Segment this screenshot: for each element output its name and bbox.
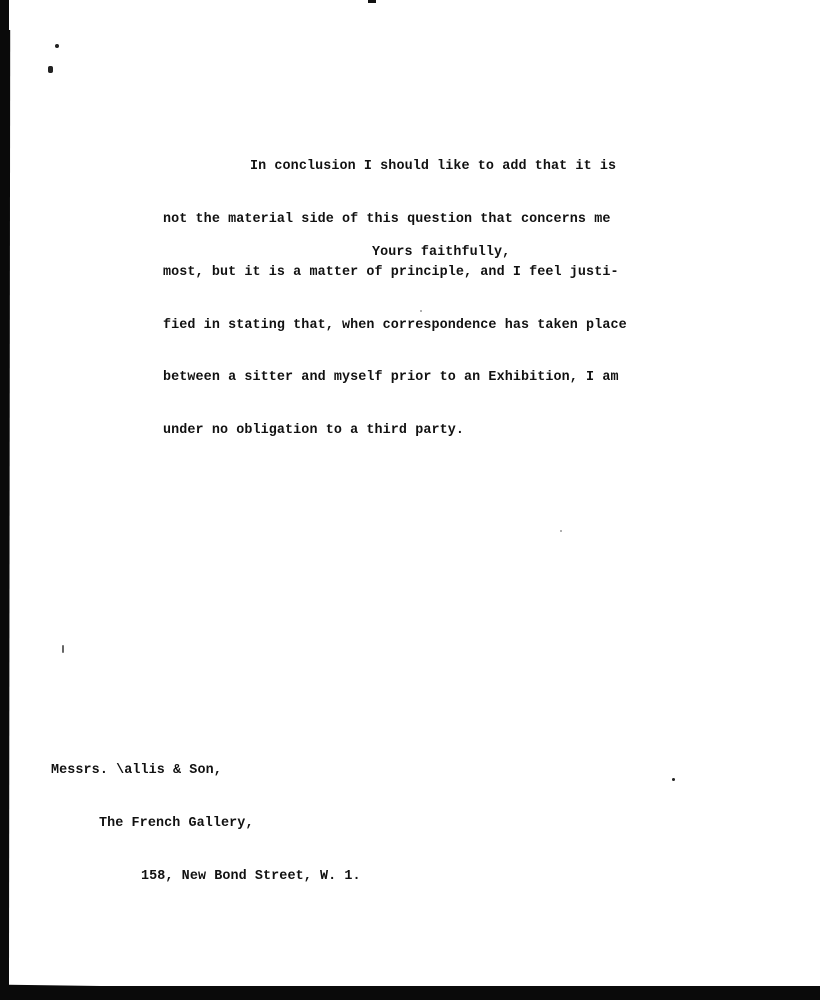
ink-speck xyxy=(62,645,64,653)
letter-body-line: In conclusion I should like to add that … xyxy=(163,158,627,176)
letter-body-paragraph: In conclusion I should like to add that … xyxy=(163,123,627,457)
letter-body-line: not the material side of this question t… xyxy=(163,211,627,229)
scan-top-mark xyxy=(368,0,376,3)
recipient-organization: The French Gallery, xyxy=(51,815,361,833)
scan-left-edge xyxy=(0,0,9,1000)
scan-left-edge-shadow xyxy=(9,30,12,970)
letter-closing: Yours faithfully, xyxy=(372,244,510,262)
ink-speck xyxy=(55,44,59,48)
letter-body-line: under no obligation to a third party. xyxy=(163,422,627,440)
ink-speck xyxy=(48,66,53,73)
letter-body-line: most, but it is a matter of principle, a… xyxy=(163,264,627,282)
letter-body-line: between a sitter and myself prior to an … xyxy=(163,369,627,387)
letter-body-line: fied in stating that, when correspondenc… xyxy=(163,317,627,335)
recipient-street-address: 158, New Bond Street, W. 1. xyxy=(51,868,361,886)
ink-speck xyxy=(672,778,675,781)
recipient-name: Messrs. \allis & Son, xyxy=(51,762,361,780)
scan-bottom-edge xyxy=(0,986,820,1000)
ink-speck xyxy=(560,530,562,532)
recipient-address-block: Messrs. \allis & Son, The French Gallery… xyxy=(51,727,361,903)
